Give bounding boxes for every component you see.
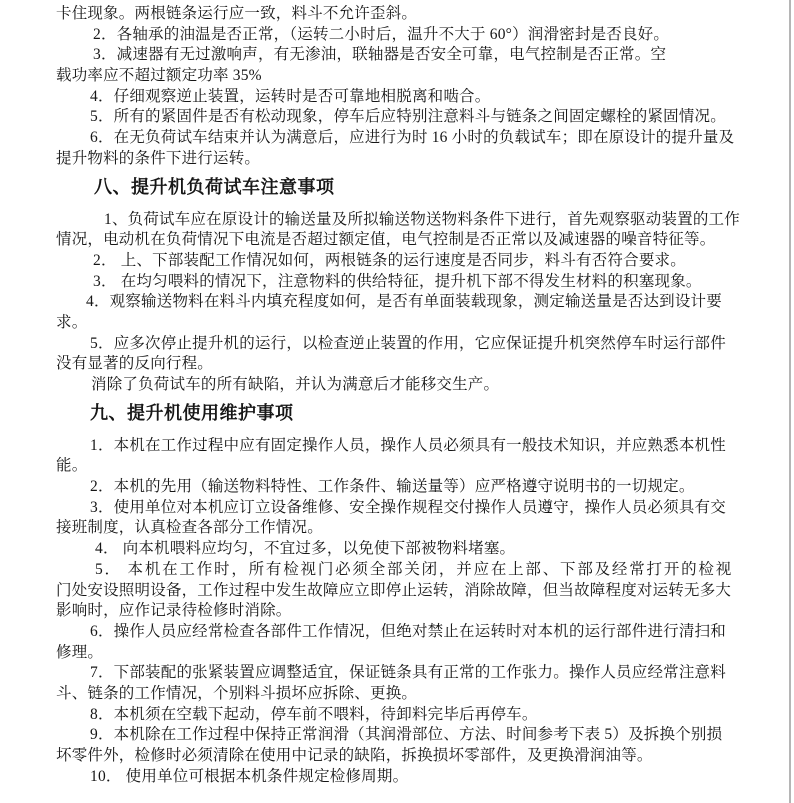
text-line: 能。 — [56, 456, 746, 477]
text-line: 消除了负荷试车的所有缺陷，并认为满意后才能移交生产。 — [56, 375, 746, 396]
text-line: 3．减速器有无过激响声，有无渗油，联轴器是否安全可靠，电气控制是否正常。空 — [56, 45, 746, 66]
text-line: 4． 向本机喂料应均匀，不宜过多，以免使下部被物料堵塞。 — [56, 539, 746, 560]
text-line: 修理。 — [56, 643, 746, 664]
text-line: 9．本机除在工作过程中保持正常润滑（其润滑部位、方法、时间参考下表 5）及拆换个… — [56, 725, 746, 746]
text-line: 8．本机须在空载下起动，停车前不喂料，待卸料完毕后再停车。 — [56, 705, 746, 726]
text-line: 2．本机的先用（输送物料特性、工作条件、输送量等）应严格遵守说明书的一切规定。 — [56, 477, 746, 498]
page-right-border — [789, 0, 791, 803]
text-line: 3． 在均匀喂料的情况下，注意物料的供给特征，提升机下部不得发生材料的积塞现象。 — [56, 272, 746, 293]
text-line: 4．观察输送物料在料斗内填充程度如何，是否有单面装载现象，测定输送量是否达到设计… — [56, 292, 746, 313]
text-line: 3．使用单位对本机应订立设备维修、安全操作规程交付操作人员遵守，操作人员必须具有… — [56, 498, 746, 519]
text-line: 6．在无负荷试车结束并认为满意后，应进行为时 16 小时的负载试车；即在原设计的… — [56, 128, 746, 149]
document-text: 卡住现象。两根链条运行应一致，料斗不允许歪斜。2．各轴承的油温是否正常，（运转二… — [56, 4, 746, 787]
text-line: 1、负荷试车应在原设计的输送量及所拟输送物送物料条件下进行，首先观察驱动装置的工… — [56, 210, 746, 231]
text-line: 载功率应不超过额定功率 35% — [56, 66, 746, 87]
text-line: 5．所有的紧固件是否有松动现象，停车后应特别注意料斗与链条之间固定螺栓的紧固情况… — [56, 107, 746, 128]
section-heading: 九、提升机使用维护事项 — [56, 402, 746, 424]
text-line: 门处安设照明设备，工作过程中发生故障应立即停止运转，消除故障，但当故障程度对运转… — [56, 581, 746, 602]
text-line: 影响时，应作记录待检修时消除。 — [56, 601, 746, 622]
text-line: 10． 使用单位可根据本机条件规定检修周期。 — [56, 767, 746, 788]
text-line: 4．仔细观察逆止装置，运转时是否可靠地相脱离和啮合。 — [56, 87, 746, 108]
text-line: 6．操作人员应经常检查各部件工作情况，但绝对禁止在运转时对本机的运行部件进行清扫… — [56, 622, 746, 643]
text-line: 5．应多次停止提升机的运行，以检查逆止装置的作用，它应保证提升机突然停车时运行部… — [56, 334, 746, 355]
text-line: 求。 — [56, 313, 746, 334]
text-line: 情况，电动机在负荷情况下电流是否超过额定值，电气控制是否正常以及减速器的噪音特征… — [56, 230, 746, 251]
text-line: 没有显著的反向行程。 — [56, 354, 746, 375]
document-page: 卡住现象。两根链条运行应一致，料斗不允许歪斜。2．各轴承的油温是否正常，（运转二… — [0, 0, 794, 803]
text-line: 接班制度，认真检查各部分工作情况。 — [56, 518, 746, 539]
text-line: 2． 上、下部装配工作情况如何，两根链条的运行速度是否同步，料斗有否符合要求。 — [56, 251, 746, 272]
text-line: 斗、链条的工作情况，个别料斗损坏应拆除、更换。 — [56, 684, 746, 705]
text-line: 卡住现象。两根链条运行应一致，料斗不允许歪斜。 — [56, 4, 746, 25]
text-line: 2．各轴承的油温是否正常，（运转二小时后，温升不大于 60°）润滑密封是否良好。 — [56, 25, 746, 46]
text-line: 5． 本机在工作时，所有检视门必须全部关闭，并应在上部、下部及经常打开的检视 — [56, 560, 746, 581]
text-line: 坏零件外，检修时必须清除在使用中记录的缺陷，拆换损坏零部件，及更换滑润油等。 — [56, 746, 746, 767]
text-line: 1．本机在工作过程中应有固定操作人员，操作人员必须具有一般技术知识，并应熟悉本机… — [56, 436, 746, 457]
text-line: 7．下部装配的张紧装置应调整适宜，保证链条具有正常的工作张力。操作人员应经常注意… — [56, 663, 746, 684]
section-heading: 八、提升机负荷试车注意事项 — [56, 176, 746, 198]
text-line: 提升物料的条件下进行运转。 — [56, 149, 746, 170]
